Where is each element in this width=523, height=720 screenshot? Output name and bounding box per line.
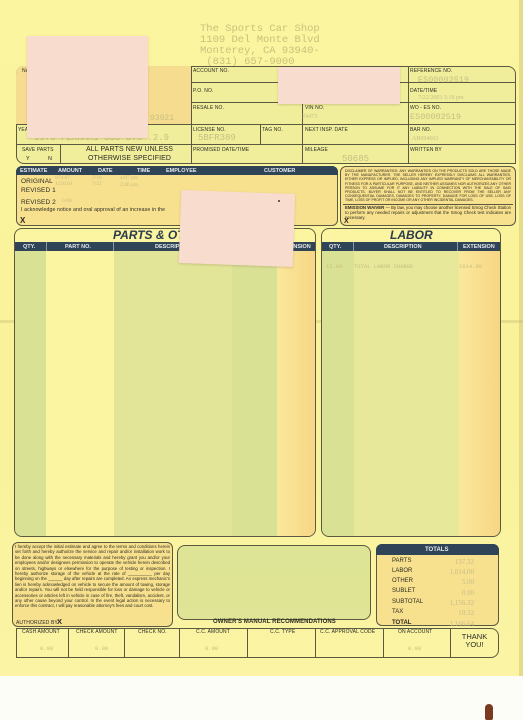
parts-notice-1: ALL PARTS NEW UNLESS [86, 146, 173, 153]
totals-total-value: 1,166.64 [414, 620, 474, 628]
totals-labor-label: LABOR [392, 568, 412, 574]
totals-tax-value: 10.32 [414, 609, 474, 617]
recommendations-title: OWNER'S MANUAL RECOMMENDATIONS [213, 619, 336, 625]
parts-notice-2: OTHERWISE SPECIFIED [88, 155, 171, 162]
cc-type-label: C.C. TYPE [270, 629, 295, 635]
ink-dot [278, 200, 280, 202]
labor-qty: 13.00 [326, 263, 343, 270]
check-amount-label: CHECK AMOUNT [76, 629, 117, 635]
written-by-label: WRITTEN BY [410, 147, 442, 153]
totals-total-label: TOTAL [392, 620, 411, 626]
wo-es-no-value: ES00002519 [410, 112, 461, 122]
cc-amount-value: 0.00 [205, 645, 218, 652]
mileage-value: 50685 [342, 154, 369, 164]
cash-amount-label: CASH AMOUNT [22, 629, 60, 635]
stain-mark [485, 704, 493, 720]
estimate-revised1-date: 7/22 [92, 181, 102, 187]
date-time-value: 7/22/2003 5:18 pm [418, 95, 464, 101]
warranty-disclaimer: DISCLAIMER OF WARRANTIES: ANY WARRANTIES… [345, 169, 511, 203]
date-time-label: DATE/TIME [410, 88, 437, 94]
estimate-revised2-label: REVISED 2 [21, 199, 56, 206]
parts-section [14, 228, 316, 537]
estimate-revised2-date: / [100, 198, 102, 204]
estimate-revised2-time: : [124, 198, 126, 204]
wo-es-no-label: WO - ES NO. [410, 105, 441, 111]
cash-amount-value: 0.00 [40, 645, 53, 652]
on-account-value: 0.00 [408, 645, 421, 652]
vin-no-label: VIN NO. [305, 105, 324, 111]
labor-header: QTY. DESCRIPTION EXTENSION [322, 242, 500, 251]
totals-sublet-value: 0.00 [414, 589, 474, 597]
totals-tax-label: TAX [392, 609, 403, 615]
labor-title: LABOR [390, 228, 433, 242]
estimate-original-time: 4:07 pm [120, 175, 138, 181]
check-no-label: CHECK NO. [138, 629, 167, 635]
totals-subtotal-value: 1,156.32 [414, 599, 474, 607]
totals-parts-value: 137.32 [414, 558, 474, 566]
totals-labor-value: 1,014.00 [414, 568, 474, 576]
zip-value: 93921 [150, 114, 174, 123]
bar-no-label: BAR NO. [410, 127, 431, 133]
mileage-label: MILEAGE [305, 147, 328, 153]
estimate-revised1-amount: 1156.64 [55, 181, 73, 187]
estimate-revised1-label: REVISED 1 [21, 187, 56, 194]
authorized-by-label: AUTHORIZED BY [16, 620, 58, 626]
estimate-original-label: ORIGINAL [21, 178, 53, 185]
tag-no-label: TAG NO. [262, 127, 283, 133]
labor-extension: 1014.00 [459, 263, 482, 270]
labor-section [321, 228, 501, 537]
check-amount-value: 0.00 [95, 645, 108, 652]
estimate-signature[interactable]: X [20, 216, 25, 225]
totals-other-label: OTHER [392, 578, 413, 584]
cc-amount-label: C.C. AMOUNT [196, 629, 230, 635]
emission-waiver: EMISSION WAIVER — By law, you may choose… [345, 206, 511, 220]
totals-sublet-label: SUBLET [392, 588, 415, 594]
estimate-header: ESTIMATE AMOUNT DATE TIME EMPLOYEE CUSTO… [16, 166, 338, 175]
next-insp-label: NEXT INSP. DATE [305, 127, 348, 133]
reference-no-value: ES00002519 [418, 75, 469, 85]
redaction-name [27, 36, 148, 138]
estimate-ack-text: I acknowledge notice and oral approval o… [21, 207, 165, 213]
redaction-account [278, 67, 400, 104]
totals-parts-label: PARTS [392, 558, 411, 564]
cc-approval-label: C.C. APPROVAL CODE [320, 629, 375, 635]
estimate-revised1-time: 2:40 pm [120, 182, 138, 188]
estimate-revised2-amount: 0.00 [62, 198, 72, 204]
save-parts-label: SAVE PARTS [22, 147, 54, 153]
recommendations-box [177, 545, 371, 620]
reference-no-label: REFERENCE NO. [410, 68, 452, 74]
vin-no-value: 24473 [302, 114, 317, 120]
thank-you: THANK YOU! [450, 633, 499, 649]
shop-header: The Sports Car Shop 1109 Del Monte Blvd … [200, 24, 320, 68]
totals-other-value: 5.00 [414, 578, 474, 586]
save-parts-no[interactable]: N [48, 156, 52, 162]
promised-label: PROMISED DATE/TIME [193, 147, 249, 153]
authorized-by-signature[interactable]: X [57, 617, 62, 626]
labor-description: TOTAL LABOR CHARGE [354, 263, 413, 270]
account-no-label: ACCOUNT NO. [193, 68, 229, 74]
save-parts-yes[interactable]: Y [26, 156, 30, 162]
resale-no-label: RESALE NO. [193, 105, 224, 111]
on-account-label: ON ACCOUNT [398, 629, 432, 635]
po-no-label: P.O. NO. [193, 88, 213, 94]
totals-header: TOTALS [376, 544, 499, 555]
authorization-text: I hereby accept the initial estimate and… [15, 544, 170, 609]
waiver-signature[interactable]: X [344, 218, 349, 225]
license-no-value: 5BFR389 [198, 133, 236, 143]
bar-no-value: AB094663 [412, 136, 438, 142]
